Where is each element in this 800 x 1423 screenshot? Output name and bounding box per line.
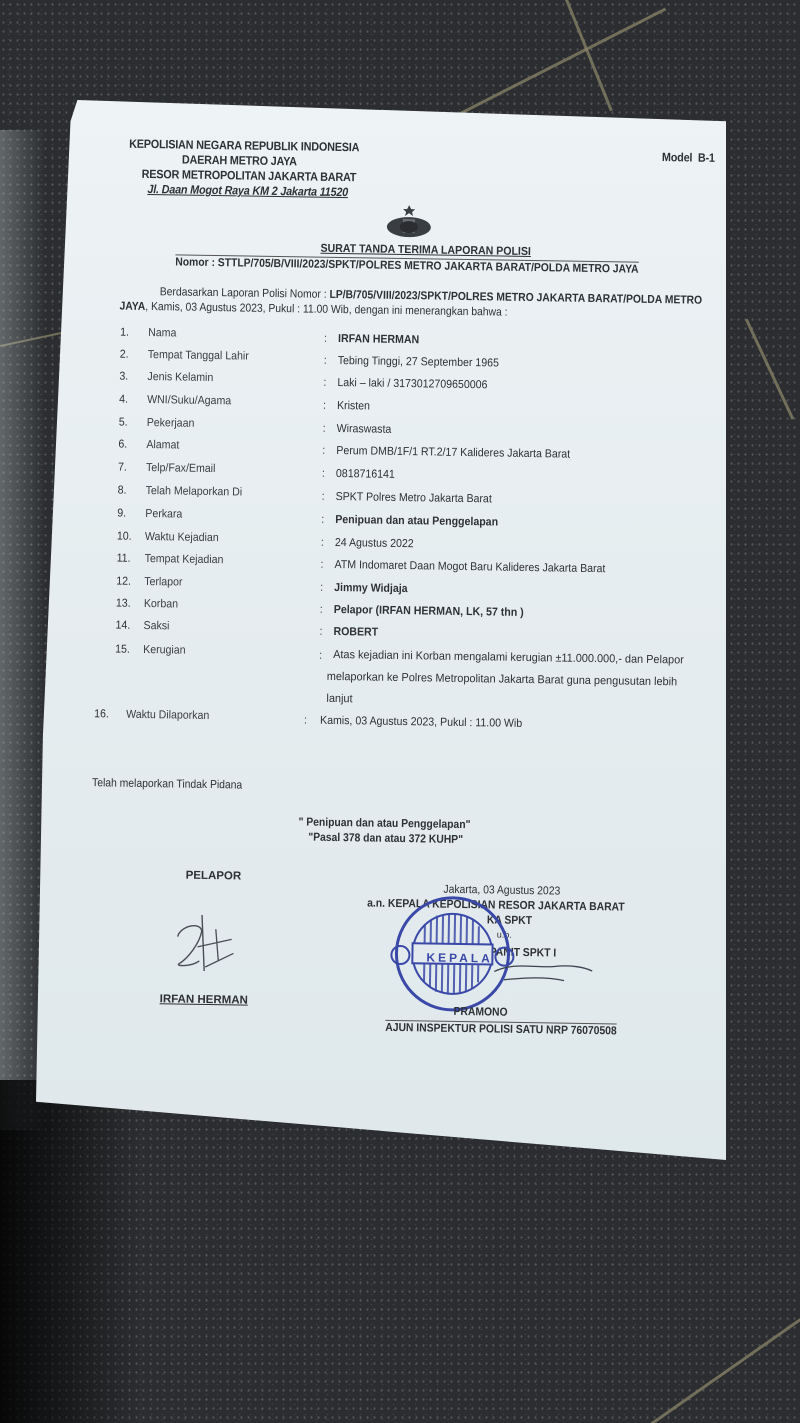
field-label: WNI/Suku/Agama [147, 394, 231, 407]
stamp-text: KEPALA [426, 950, 493, 965]
field-colon: : [304, 715, 307, 727]
field-colon: : [320, 559, 323, 571]
field-number: 2. [120, 349, 129, 361]
field-colon: : [319, 626, 322, 638]
field-label: Waktu Kejadian [145, 531, 219, 544]
field-value: Jimmy Widjaja [334, 582, 408, 595]
intro-prefix: Berdasarkan Laporan Polisi Nomor : [160, 286, 330, 301]
field-number: 3. [119, 371, 128, 383]
field-value-line: lanjut [326, 693, 352, 705]
field-value-line: Atas kejadian ini Korban mengalami kerug… [333, 649, 684, 667]
field-label: Telah Melaporkan Di [146, 485, 243, 499]
field-value: ATM Indomaret Daan Mogot Baru Kalideres … [334, 559, 605, 575]
field-value: SPKT Polres Metro Jakarta Barat [336, 491, 492, 505]
field-colon: : [323, 400, 326, 412]
field-value: Kamis, 03 Agustus 2023, Pukul : 11.00 Wi… [320, 715, 522, 730]
field-value: Perum DMB/1F/1 RT.2/17 Kalideres Jakarta… [336, 445, 570, 461]
field-label: Saksi [143, 620, 169, 632]
model-code: Model B-1 [662, 150, 715, 165]
document-number: Nomor : STTLP/705/B/VIII/2023/SPKT/POLRE… [175, 254, 638, 275]
field-colon: : [322, 491, 325, 503]
field-colon: : [322, 468, 325, 480]
field-number: 11. [117, 553, 131, 565]
institution-line-2: DAERAH METRO JAYA [182, 153, 297, 169]
reporter-name: IRFAN HERMAN [160, 993, 248, 1006]
field-number: 1. [120, 327, 129, 339]
field-colon: : [320, 582, 323, 594]
field-number: 15. [115, 644, 130, 656]
field-value: Penipuan dan atau Penggelapan [335, 514, 498, 529]
field-colon: : [323, 377, 326, 389]
reporter-title: PELAPOR [186, 870, 242, 883]
field-value: Pelapor (IRFAN HERMAN, LK, 57 thn ) [334, 604, 524, 619]
field-colon: : [324, 355, 327, 367]
officer-name: PRAMONO [453, 1006, 507, 1019]
field-value: Kristen [337, 400, 370, 413]
field-label: Korban [144, 598, 178, 611]
crime-lead: Telah melaporkan Tindak Pidana [92, 777, 242, 791]
field-value-line: melaporkan ke Polres Metropolitan Jakart… [327, 671, 678, 689]
field-value: 0818716141 [336, 468, 395, 481]
field-number: 14. [115, 620, 130, 632]
field-value: ROBERT [333, 626, 378, 639]
intro-line-2: JAYA, Kamis, 03 Agustus 2023, Pukul : 11… [119, 301, 507, 319]
field-colon: : [321, 537, 324, 549]
field-label: Alamat [146, 439, 179, 452]
field-value: 24 Agustus 2022 [335, 537, 414, 550]
field-number: 10. [117, 531, 132, 543]
field-label: Perkara [145, 508, 182, 521]
field-value: Wiraswasta [337, 423, 392, 436]
crime-article: "Pasal 378 dan atau 372 KUHP" [308, 832, 463, 846]
field-label: Telp/Fax/Email [146, 462, 216, 475]
field-label: Kerugian [143, 644, 186, 657]
field-number: 6. [118, 439, 127, 451]
field-number: 12. [116, 576, 131, 588]
officer-rank: AJUN INSPEKTUR POLISI SATU NRP 76070508 [385, 1020, 617, 1038]
field-number: 16. [94, 708, 109, 720]
field-label: Tempat Kejadian [145, 553, 224, 566]
field-label: Terlapor [144, 576, 182, 589]
institution-line-1: KEPOLISIAN NEGARA REPUBLIK INDONESIA [129, 137, 359, 155]
field-label: Jenis Kelamin [147, 371, 213, 384]
field-number: 4. [119, 394, 128, 406]
institution-address: Jl. Daan Mogot Raya KM 2 Jakarta 11520 [147, 182, 348, 199]
field-colon: : [322, 445, 325, 457]
field-colon: : [320, 604, 323, 616]
document-title: SURAT TANDA TERIMA LAPORAN POLISI [320, 243, 531, 258]
field-number: 13. [116, 598, 131, 610]
field-value: IRFAN HERMAN [338, 333, 419, 346]
field-colon: : [324, 333, 327, 345]
field-number: 8. [118, 485, 127, 497]
field-number: 5. [119, 417, 128, 429]
crime-name: " Penipuan dan atau Penggelapan" [298, 816, 470, 831]
field-number: 9. [117, 508, 126, 520]
report-number-cont: JAYA [119, 301, 145, 313]
field-label: Pekerjaan [147, 417, 195, 430]
field-label: Tempat Tanggal Lahir [148, 349, 249, 363]
field-colon: : [319, 650, 322, 662]
report-fields: 1.Nama:IRFAN HERMAN2.Tempat Tanggal Lahi… [9, 0, 800, 6]
field-colon: : [321, 514, 324, 526]
field-value: Tebing Tinggi, 27 September 1965 [338, 355, 499, 370]
field-value: Laki – laki / 3173012709650006 [337, 377, 487, 391]
police-report-document: KEPOLISIAN NEGARA REPUBLIK INDONESIA DAE… [0, 0, 800, 1423]
field-number: 7. [118, 462, 127, 474]
officer-signature-icon [494, 952, 595, 994]
reporter-signature-icon [169, 908, 250, 989]
police-crest-icon [384, 203, 435, 240]
field-label: Waktu Dilaporkan [126, 709, 209, 722]
field-colon: : [323, 423, 326, 435]
field-label: Nama [148, 327, 176, 339]
intro-suffix: , Kamis, 03 Agustus 2023, Pukul : 11.00 … [145, 301, 507, 319]
